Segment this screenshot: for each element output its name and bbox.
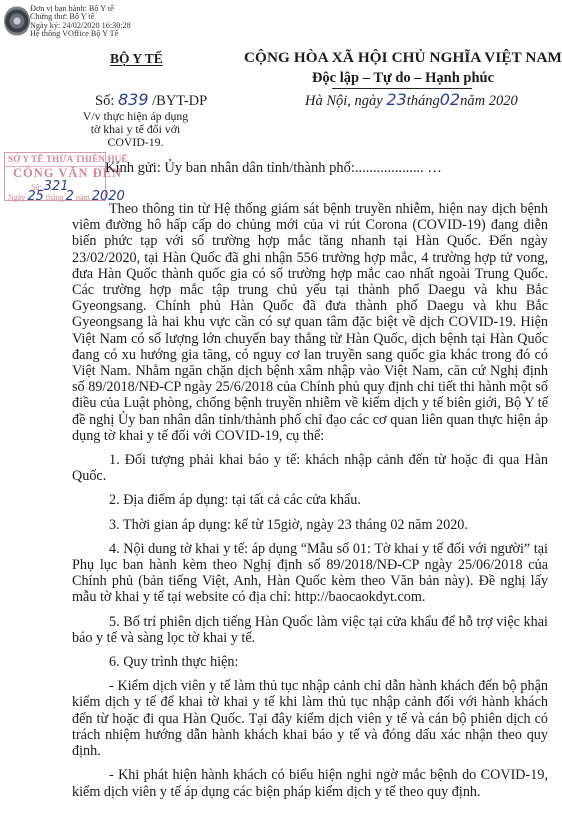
- document-number: Số: 839 /BYT-DP: [95, 90, 207, 110]
- motto-underline: [332, 88, 472, 89]
- signature-info: Đơn vị ban hành: Bộ Y tế Chứng thư: Bộ Y…: [30, 5, 131, 39]
- item-3-time: 3. Thời gian áp dụng: kể từ 15giờ, ngày …: [72, 517, 548, 533]
- item-2-location: 2. Địa điểm áp dụng: tại tất cả các cửa …: [72, 492, 548, 508]
- doc-number-suffix: /BYT-DP: [152, 93, 207, 109]
- place-prefix: Hà Nội, ngày: [305, 93, 383, 109]
- date-day: 23: [386, 90, 406, 109]
- month-label: tháng: [407, 93, 440, 109]
- procedure-step-2: - Khi phát hiện hành khách có biểu hiện …: [72, 767, 548, 799]
- item-6-procedure: 6. Quy trình thực hiện:: [72, 654, 548, 670]
- item-1-subjects: 1. Đối tượng phải khai báo y tế: khách n…: [72, 452, 548, 484]
- item-4-form-content: 4. Nội dung tờ khai y tế: áp dụng “Mẫu s…: [72, 541, 548, 606]
- stamp-day: 25: [27, 189, 44, 204]
- item-5-interpreters: 5. Bố trí phiên dịch tiếng Hàn Quốc làm …: [72, 614, 548, 646]
- government-seal-icon: [4, 6, 30, 36]
- received-stamp: SỞ Y TẾ THỪA THIÊN HUẾ CÔNG VĂN ĐẾN Số: …: [4, 152, 106, 201]
- document-subject: V/v thực hiện áp dụng tờ khai y tế đối v…: [78, 110, 193, 149]
- signature-system: Hệ thống VOffice Bộ Y Tế: [30, 30, 131, 38]
- stamp-month-label: tháng: [46, 193, 64, 202]
- document-body: Theo thông tin từ Hệ thống giám sát bệnh…: [72, 201, 548, 800]
- recipient-line: Kính gửi: Ủy ban nhân dân tỉnh/thành phố…: [105, 160, 442, 177]
- doc-number-label: Số:: [95, 93, 114, 109]
- national-title: CỘNG HÒA XÃ HỘI CHỦ NGHĨA VIỆT NAM: [243, 49, 562, 67]
- doc-number-handwritten: 839: [118, 90, 149, 109]
- issuer-name: BỘ Y TẾ: [110, 51, 163, 67]
- stamp-date-label: Ngày: [8, 193, 25, 202]
- year-label: năm 2020: [460, 93, 518, 109]
- intro-paragraph: Theo thông tin từ Hệ thống giám sát bệnh…: [72, 201, 548, 444]
- date-month: 02: [440, 90, 460, 109]
- procedure-step-1: - Kiểm dịch viên y tế làm thủ tục nhập c…: [72, 678, 548, 759]
- place-and-date: Hà Nội, ngày 23tháng02năm 2020: [305, 90, 518, 110]
- national-motto: Độc lập – Tự do – Hạnh phúc: [243, 70, 562, 87]
